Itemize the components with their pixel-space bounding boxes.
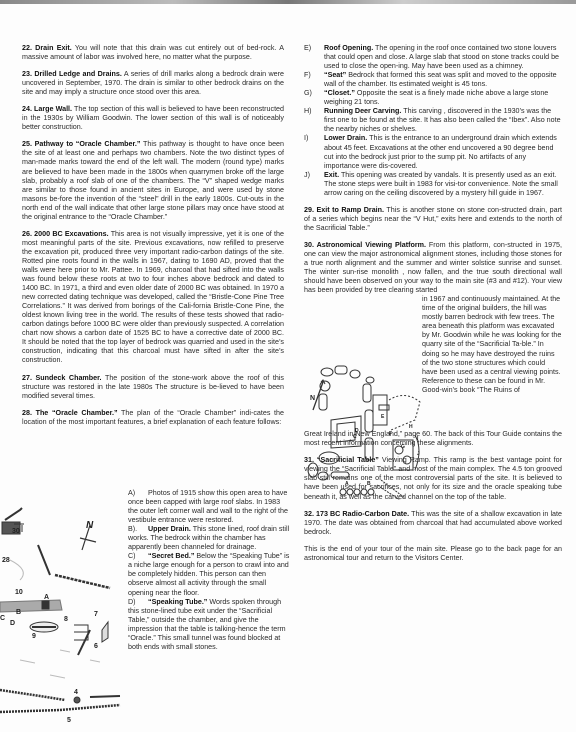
plan-label-d: D bbox=[355, 428, 359, 434]
feature-d: D)“Speaking Tube.” Words spoken through … bbox=[128, 598, 290, 652]
map-label-9: 9 bbox=[32, 633, 36, 640]
map-label-7: 7 bbox=[94, 611, 98, 618]
map-label-30: 30 bbox=[12, 528, 20, 535]
north-arrow-icon: N bbox=[310, 395, 315, 402]
map-label-c: C bbox=[0, 615, 5, 622]
plan-label-b: B bbox=[367, 481, 371, 487]
site-map-drawing: 30 28 10 A B C D 9 8 7 6 4 5 N bbox=[0, 500, 125, 732]
oracle-chamber-plan-drawing: N A B C D E F G H I J bbox=[305, 360, 425, 500]
left-column: 22. Drain Exit. You will note that this … bbox=[22, 44, 284, 435]
plan-label-e: E bbox=[381, 414, 385, 420]
oracle-chamber-features-continued: E)Roof Opening. The opening in the roof … bbox=[304, 44, 562, 198]
feature-a: A)Photos of 1915 show this open area to … bbox=[128, 489, 290, 525]
map-label-4: 4 bbox=[74, 689, 78, 696]
plan-label-c: C bbox=[353, 434, 357, 440]
feature-c: C)“Secret Bed.” Below the “Speaking Tube… bbox=[128, 552, 290, 597]
map-label-a: A bbox=[44, 594, 49, 601]
plan-label-j: J bbox=[417, 451, 420, 457]
section-26: 26. 2000 BC Excavations. This area is no… bbox=[22, 230, 284, 366]
feature-g: G)“Closet.” Opposite the seat is a finel… bbox=[304, 89, 562, 107]
section-27: 27. Sundeck Chamber. The position of the… bbox=[22, 374, 284, 401]
feature-e: E)Roof Opening. The opening in the roof … bbox=[304, 44, 562, 71]
plan-label-h: H bbox=[409, 424, 413, 430]
section-29: 29. Exit to Ramp Drain. This is another … bbox=[304, 206, 562, 233]
feature-h: H)Running Deer Carving. This carving , d… bbox=[304, 107, 562, 134]
map-label-10: 10 bbox=[15, 589, 23, 596]
scan-top-edge bbox=[0, 0, 576, 4]
map-label-d: D bbox=[10, 620, 15, 627]
feature-f: F)“Seat” Bedrock that formed this seat w… bbox=[304, 71, 562, 89]
plan-label-g: G bbox=[401, 444, 405, 450]
feature-i: I)Lower Drain. This is the entrance to a… bbox=[304, 134, 562, 170]
map-label-6: 6 bbox=[94, 643, 98, 650]
section-25: 25. Pathway to “Oracle Chamber.” This pa… bbox=[22, 140, 284, 221]
oracle-chamber-features-list: A)Photos of 1915 show this open area to … bbox=[128, 489, 290, 652]
plan-label-f: F bbox=[389, 431, 392, 437]
map-label-8: 8 bbox=[64, 616, 68, 623]
plan-label-i: I bbox=[417, 436, 419, 442]
feature-b: B).Upper Drain. This stone lined, roof d… bbox=[128, 525, 290, 552]
section-28: 28. The “Oracle Chamber.” The plan of th… bbox=[22, 409, 284, 427]
map-label-28: 28 bbox=[2, 557, 10, 564]
north-arrow-icon: N bbox=[86, 520, 94, 531]
section-30: 30. Astronomical Viewing Platform. From … bbox=[304, 241, 562, 295]
closing-note: This is the end of your tour of the main… bbox=[304, 545, 562, 563]
plan-label-a: A bbox=[345, 481, 349, 487]
map-label-5: 5 bbox=[67, 717, 71, 724]
section-32: 32. 173 BC Radio-Carbon Date. This was t… bbox=[304, 510, 562, 537]
feature-j: J)Exit. This opening was created by vand… bbox=[304, 171, 562, 198]
map-label-b: B bbox=[16, 609, 21, 616]
section-24: 24. Large Wall. The top section of this … bbox=[22, 105, 284, 132]
section-22: 22. Drain Exit. You will note that this … bbox=[22, 44, 284, 62]
section-23: 23. Drilled Ledge and Drains. A series o… bbox=[22, 70, 284, 97]
